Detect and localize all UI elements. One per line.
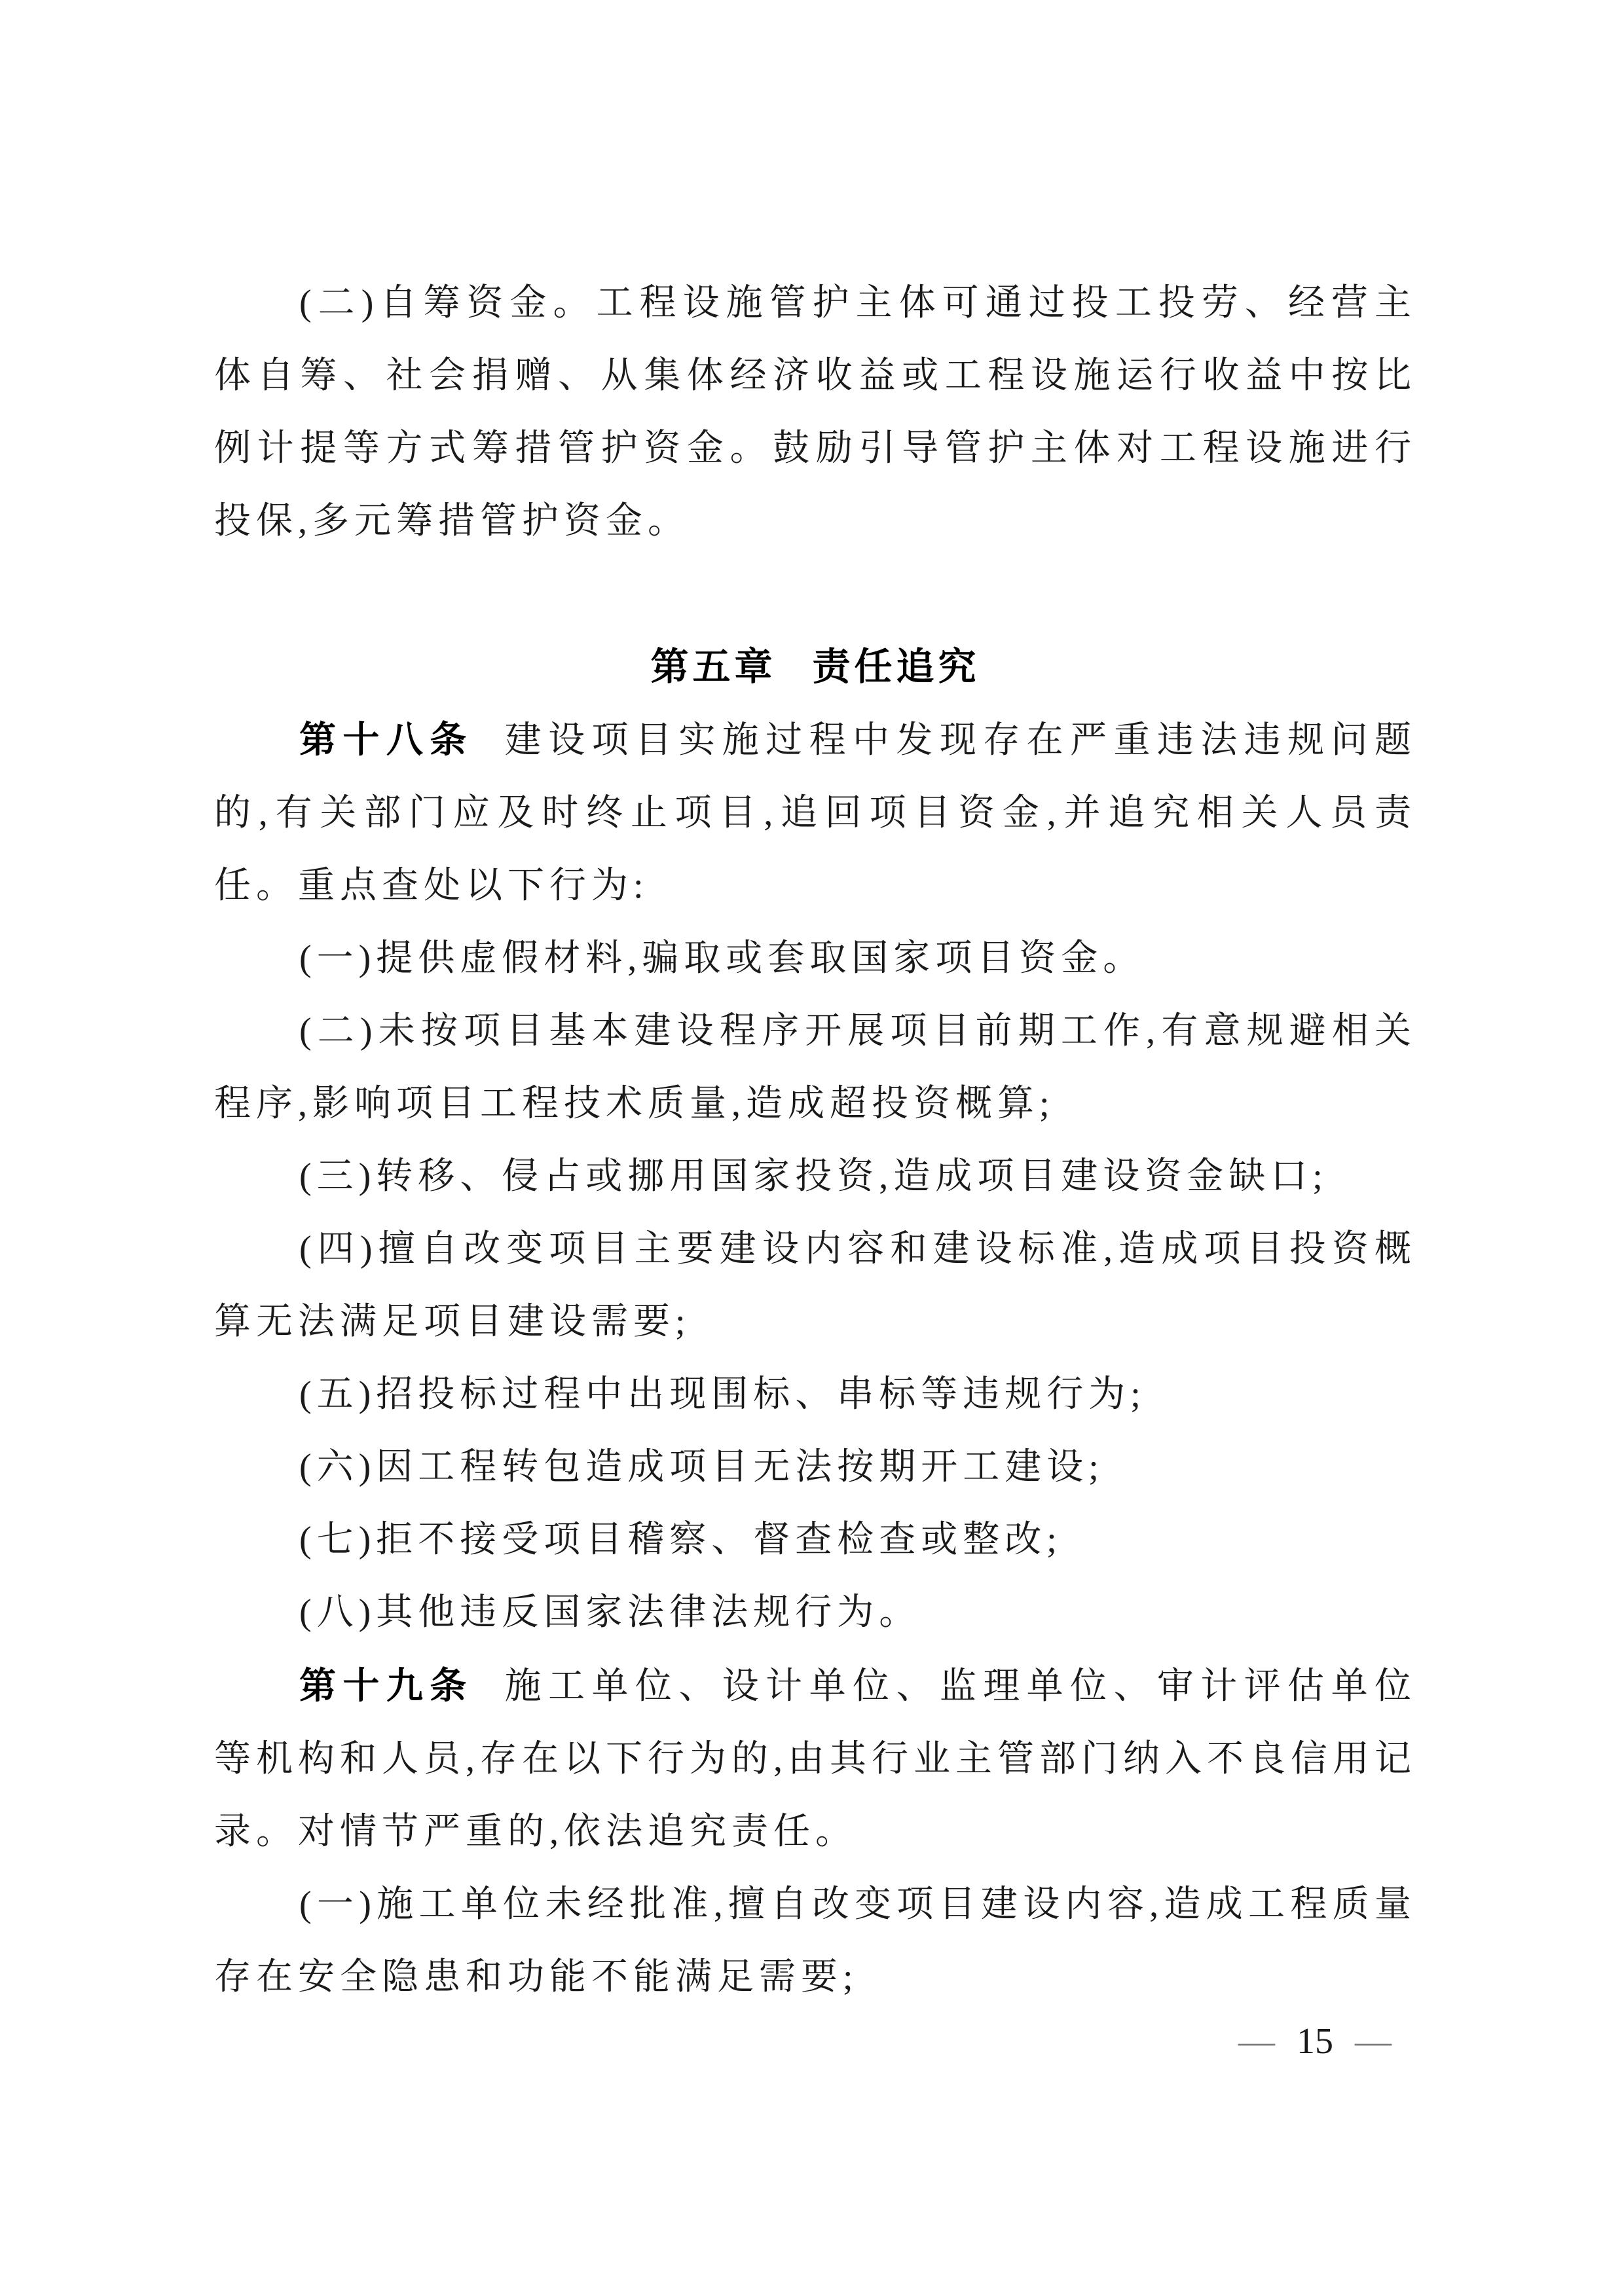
document-body: (二)自筹资金。工程设施管护主体可通过投工投劳、经营主体自筹、社会捐赠、从集体经… [214, 267, 1416, 2014]
article-18-label: 第十八条 [299, 719, 473, 760]
article-18-item-5: (五)招投标过程中出现围标、串标等违规行为; [214, 1358, 1416, 1431]
article-18-item-1: (一)提供虚假材料,骗取或套取国家项目资金。 [214, 922, 1416, 995]
document-page: (二)自筹资金。工程设施管护主体可通过投工投劳、经营主体自筹、社会捐赠、从集体经… [0, 0, 1624, 2296]
footer-dash-left: — [1238, 2023, 1275, 2060]
article-18-item-7: (七)拒不接受项目稽察、督查检查或整改; [214, 1504, 1416, 1576]
chapter-number: 第五章 [650, 646, 776, 688]
footer-dash-right: — [1355, 2023, 1392, 2060]
article-19-label: 第十九条 [299, 1665, 473, 1706]
chapter-title: 责任追究 [813, 646, 980, 688]
chapter-heading: 第五章责任追究 [214, 630, 1416, 703]
article-18-item-3: (三)转移、侵占或挪用国家投资,造成项目建设资金缺口; [214, 1140, 1416, 1213]
article-18-item-2: (二)未按项目基本建设程序开展项目前期工作,有意规避相关程序,影响项目工程技术质… [214, 995, 1416, 1140]
article-18-item-8: (八)其他违反国家法律法规行为。 [214, 1576, 1416, 1649]
page-footer: — 15 — [1238, 2023, 1392, 2060]
article-18-item-6: (六)因工程转包造成项目无法按期开工建设; [214, 1431, 1416, 1504]
article-19-item-1: (一)施工单位未经批准,擅自改变项目建设内容,造成工程质量存在安全隐患和功能不能… [214, 1868, 1416, 2014]
article-18-paragraph: 第十八条建设项目实施过程中发现存在严重违法违规问题的,有关部门应及时终止项目,追… [214, 703, 1416, 922]
article-19-paragraph: 第十九条施工单位、设计单位、监理单位、审计评估单位等机构和人员,存在以下行为的,… [214, 1649, 1416, 1868]
article-18-item-4: (四)擅自改变项目主要建设内容和建设标准,造成项目投资概算无法满足项目建设需要; [214, 1213, 1416, 1358]
page-number: 15 [1297, 2023, 1333, 2060]
paragraph-self-funding: (二)自筹资金。工程设施管护主体可通过投工投劳、经营主体自筹、社会捐赠、从集体经… [214, 267, 1416, 558]
